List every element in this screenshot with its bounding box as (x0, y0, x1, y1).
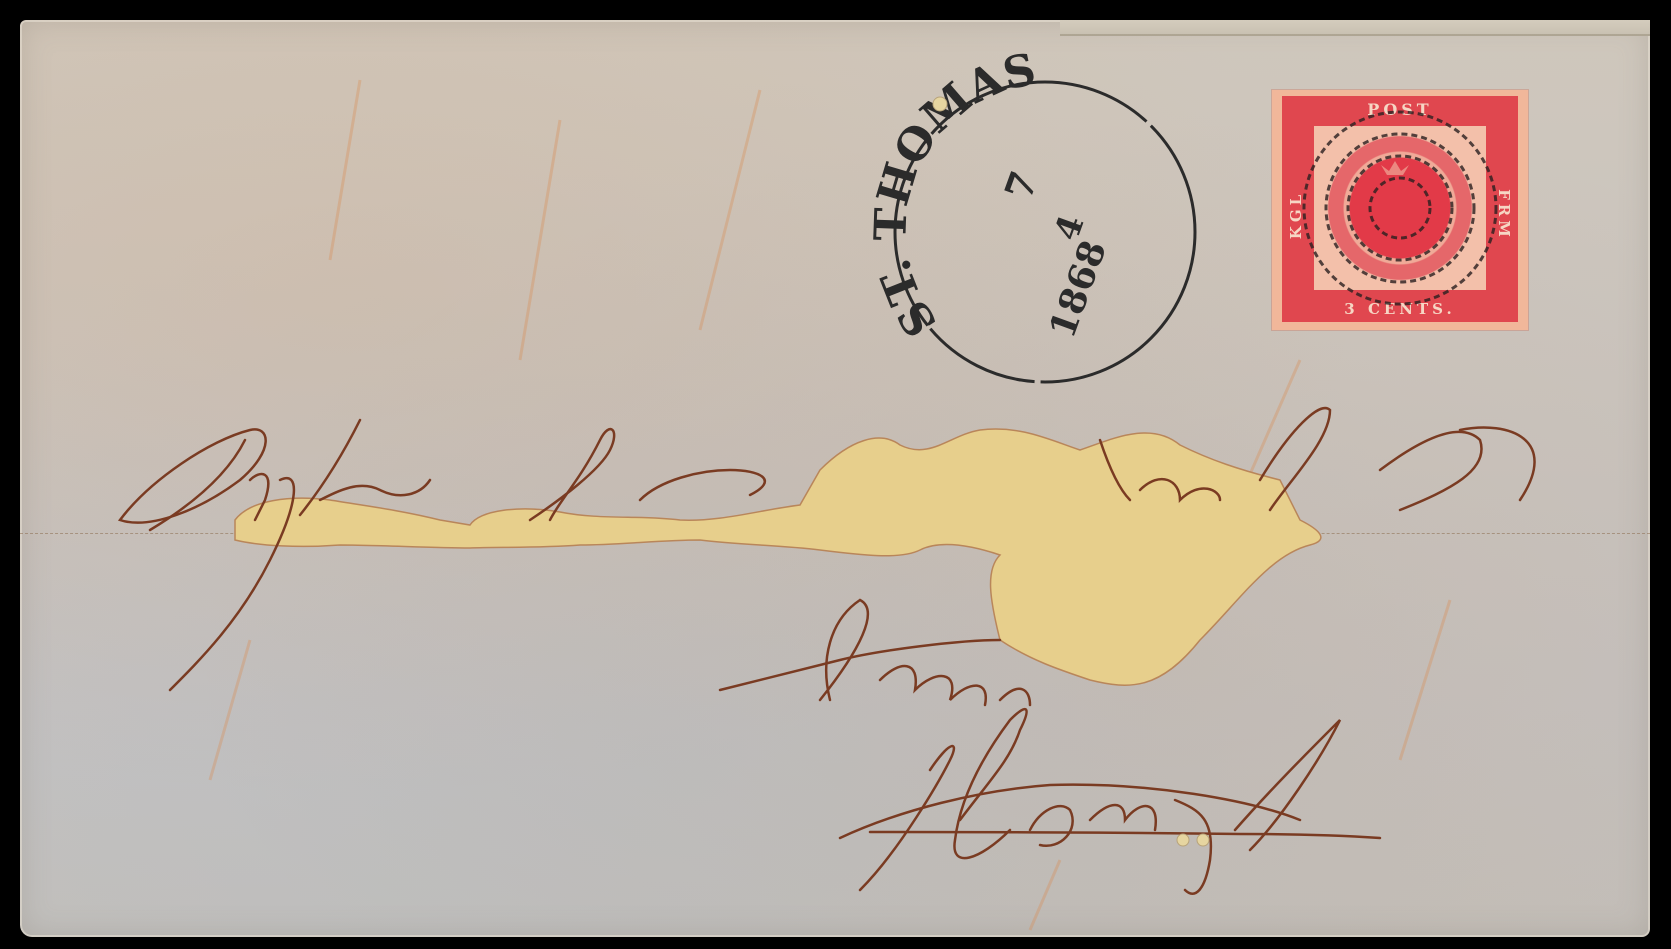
concentric-cancel (1272, 90, 1528, 330)
postmark-year: 1868 (1041, 235, 1115, 344)
water-stain (235, 429, 1321, 685)
crown-icon (1381, 161, 1409, 175)
photo-stage: ST. THOMAS 7 4 1868 (0, 0, 1671, 949)
postmark: ST. THOMAS 7 4 1868 (865, 44, 1195, 382)
postage-stamp: POST KGL FRM 3 CENTS. (1272, 90, 1528, 330)
postmark-day: 7 (995, 165, 1046, 205)
